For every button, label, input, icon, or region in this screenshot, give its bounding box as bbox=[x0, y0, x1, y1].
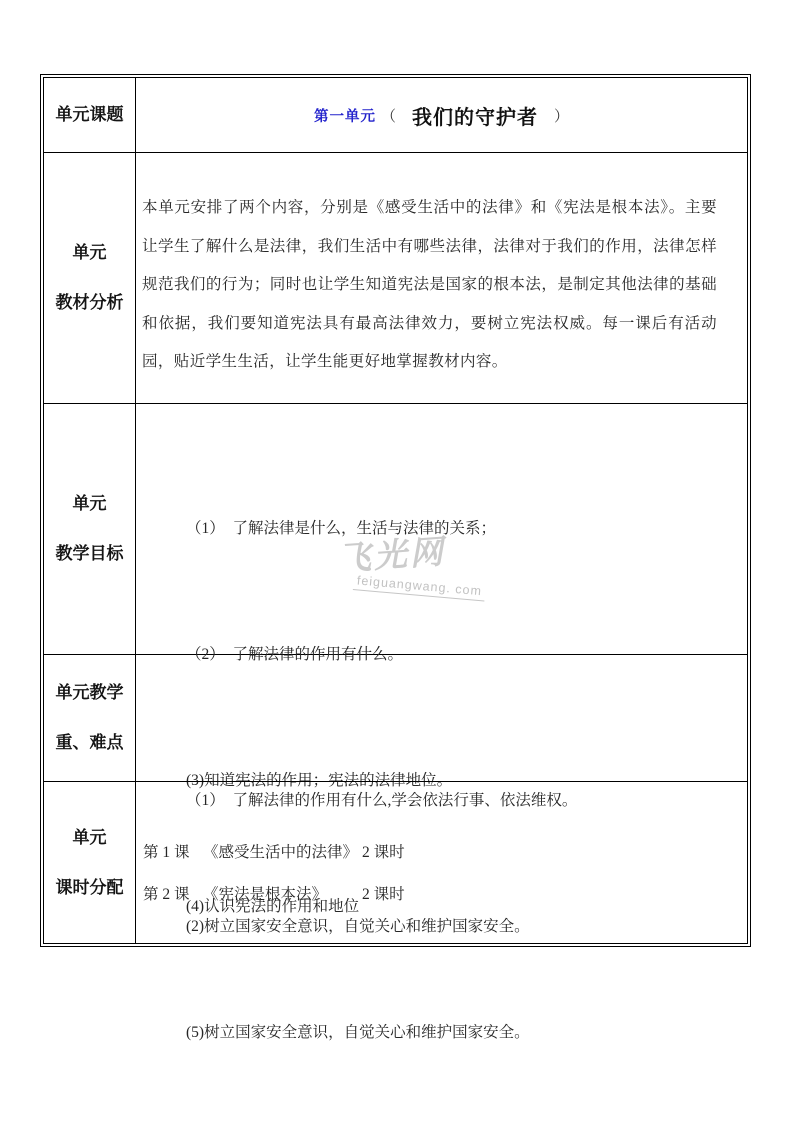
analysis-paragraph: 本单元安排了两个内容，分别是《感受生活中的法律》和《宪法是根本法》。主要让学生了… bbox=[136, 153, 747, 403]
document-page: 飞光网 feiguangwang. com 单元课题 第一单元 （ 我们的守护者… bbox=[0, 0, 793, 1122]
lesson-duration: 2 课时 bbox=[362, 874, 405, 916]
table-row-unit-topic: 单元课题 第一单元 （ 我们的守护者 ） bbox=[44, 78, 747, 153]
table-row-objectives: 单元 教学目标 （1） 了解法律是什么，生活与法律的关系； （2） 了解法律的作… bbox=[44, 404, 747, 655]
lesson-title: 《感受生活中的法律》 bbox=[203, 832, 362, 874]
schedule-list: 第 1 课 《感受生活中的法律》 2 课时 第 2 课 《宪法是根本法》 2 课… bbox=[136, 782, 747, 943]
label-line: 单元 bbox=[73, 813, 107, 863]
objectives-list: （1） 了解法律是什么，生活与法律的关系； （2） 了解法律的作用有什么。 (3… bbox=[136, 404, 747, 654]
label-line: 教材分析 bbox=[56, 278, 124, 328]
row-label-analysis: 单元 教材分析 bbox=[44, 153, 136, 403]
table-row-schedule: 单元 课时分配 第 1 课 《感受生活中的法律》 2 课时 第 2 课 《宪法是… bbox=[44, 782, 747, 943]
objective-item: （1） 了解法律是什么，生活与法律的关系； bbox=[186, 508, 737, 550]
unit-name-text: 我们的守护者 bbox=[412, 101, 538, 130]
table-row-analysis: 单元 教材分析 本单元安排了两个内容，分别是《感受生活中的法律》和《宪法是根本法… bbox=[44, 153, 747, 404]
label-line: 课时分配 bbox=[56, 863, 124, 913]
unit-number-text: 第一单元 bbox=[314, 105, 376, 126]
label-line: 单元 bbox=[73, 479, 107, 529]
row-label-keypoints: 单元教学 重、难点 bbox=[44, 655, 136, 781]
row-label-objectives: 单元 教学目标 bbox=[44, 404, 136, 654]
label-line: 重、难点 bbox=[56, 718, 124, 768]
lesson-number: 第 1 课 bbox=[143, 832, 203, 874]
row-label-unit-topic: 单元课题 bbox=[44, 78, 136, 152]
label-line: 教学目标 bbox=[56, 529, 124, 579]
unit-plan-table: 单元课题 第一单元 （ 我们的守护者 ） 单元 教材分析 本单元安排了两个内容，… bbox=[40, 74, 751, 947]
label-line: 单元教学 bbox=[56, 668, 124, 718]
lesson-row: 第 2 课 《宪法是根本法》 2 课时 bbox=[143, 874, 747, 916]
close-paren: ） bbox=[554, 105, 569, 126]
label-line: 单元 bbox=[73, 228, 107, 278]
row-label-schedule: 单元 课时分配 bbox=[44, 782, 136, 943]
unit-title-cell: 第一单元 （ 我们的守护者 ） bbox=[136, 78, 747, 152]
lesson-row: 第 1 课 《感受生活中的法律》 2 课时 bbox=[143, 832, 747, 874]
label-line: 单元课题 bbox=[56, 90, 124, 140]
table-row-keypoints: 单元教学 重、难点 （1） 了解法律的作用有什么,学会依法行事、依法维权。 (2… bbox=[44, 655, 747, 782]
lesson-title: 《宪法是根本法》 bbox=[203, 874, 362, 916]
open-paren: （ bbox=[381, 105, 396, 126]
lesson-duration: 2 课时 bbox=[362, 832, 405, 874]
lesson-number: 第 2 课 bbox=[143, 874, 203, 916]
keypoints-list: （1） 了解法律的作用有什么,学会依法行事、依法维权。 (2)树立国家安全意识，… bbox=[136, 655, 747, 781]
